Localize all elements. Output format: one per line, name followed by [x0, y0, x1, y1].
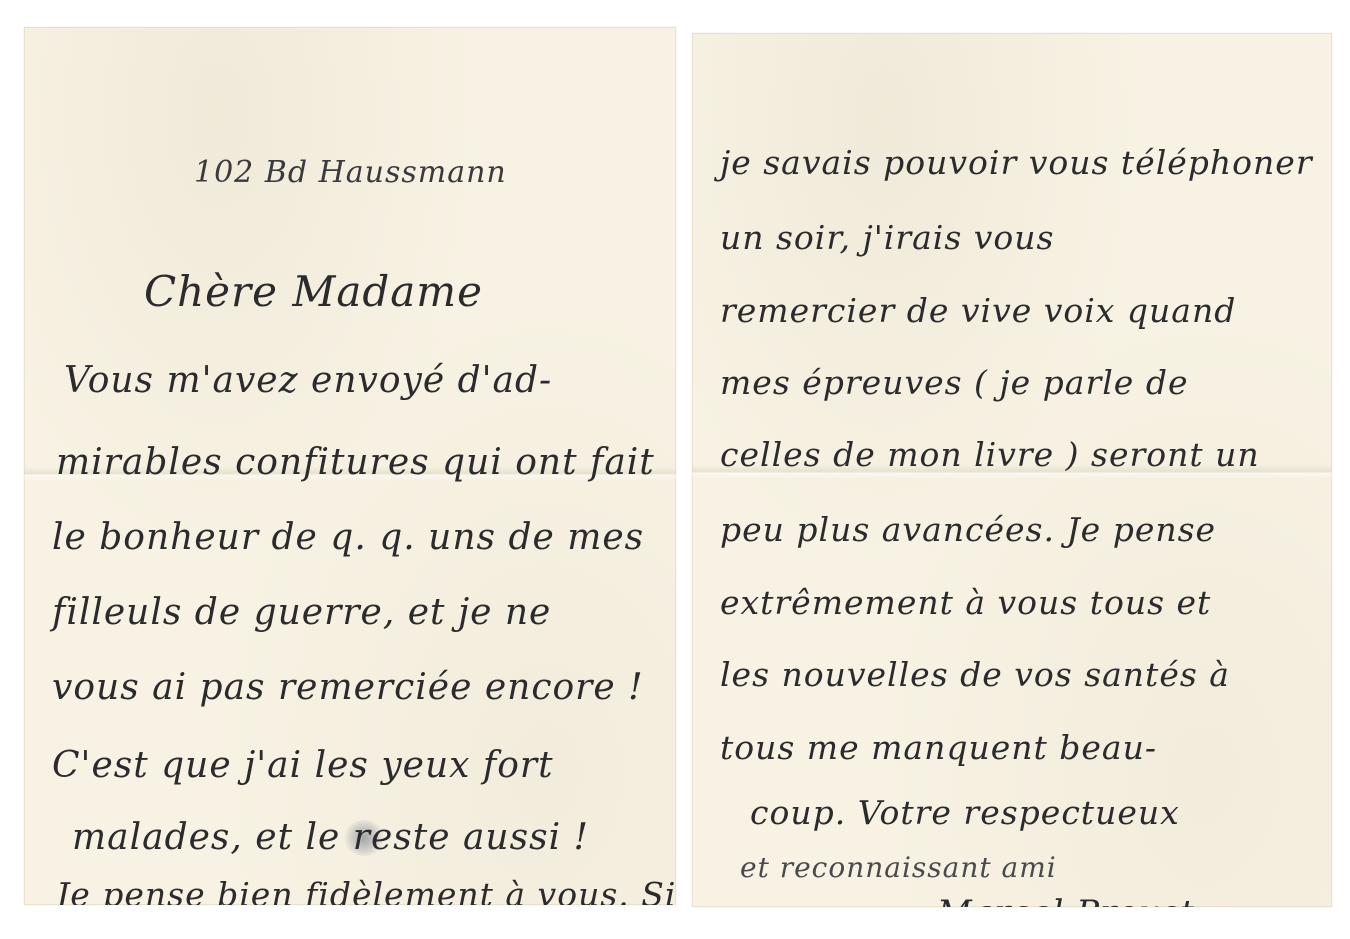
- letter-line: mirables confitures qui ont fait: [56, 442, 655, 483]
- letter-line: vous ai pas remerciée encore !: [52, 667, 644, 708]
- letter-line: mes épreuves ( je parle de: [720, 363, 1188, 402]
- letter-page-2: je savais pouvoir vous téléphoner un soi…: [692, 33, 1332, 907]
- letter-line: celles de mon livre ) seront un: [720, 435, 1260, 474]
- letter-line: Vous m'avez envoyé d'ad-: [64, 360, 552, 401]
- letter-line: malades, et le reste aussi !: [72, 817, 589, 858]
- letter-salutation: Chère Madame: [144, 267, 483, 316]
- letter-line: remercier de vive voix quand: [720, 291, 1236, 330]
- letter-page-1: 102 Bd Haussmann Chère Madame Vous m'ave…: [24, 27, 676, 905]
- letter-line: les nouvelles de vos santés à: [720, 655, 1230, 694]
- letter-line: peu plus avancées. Je pense: [720, 510, 1216, 549]
- letter-line: filleuls de guerre, et je ne: [52, 592, 551, 633]
- letter-line: Je pense bien fidèlement à vous. Si: [56, 875, 676, 905]
- letter-line: et reconnaissant ami: [740, 851, 1057, 884]
- letter-line: je savais pouvoir vous téléphoner: [720, 143, 1313, 182]
- letter-line: un soir, j'irais vous: [720, 218, 1054, 257]
- letter-line: tous me manquent beau-: [720, 728, 1157, 767]
- letter-address: 102 Bd Haussmann: [194, 155, 507, 190]
- letter-line: extrêmement à vous tous et: [720, 583, 1211, 622]
- letter-line: C'est que j'ai les yeux fort: [52, 745, 554, 786]
- letter-signature: Marcel Proust: [937, 893, 1195, 907]
- letter-line: coup. Votre respectueux: [750, 793, 1180, 832]
- letter-line: le bonheur de q. q. uns de mes: [52, 517, 644, 558]
